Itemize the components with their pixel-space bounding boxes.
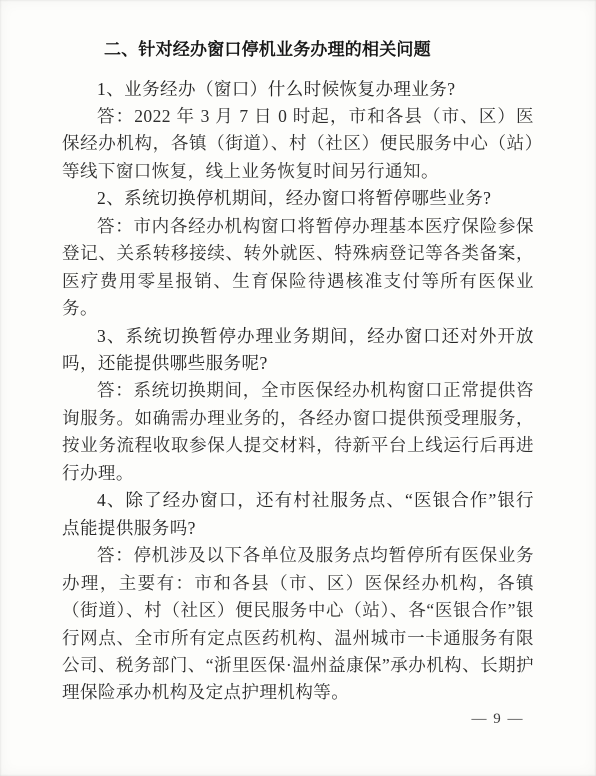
question-1: 1、业务经办（窗口）什么时候恢复办理业务? bbox=[62, 76, 534, 103]
answer-4: 答：停机涉及以下各单位及服务点均暂停所有医保业务办理，主要有：市和各县（市、区）… bbox=[62, 542, 534, 707]
document-body: 二、针对经办窗口停机业务办理的相关问题 1、业务经办（窗口）什么时候恢复办理业务… bbox=[62, 36, 534, 707]
question-3: 3、系统切换暂停办理业务期间，经办窗口还对外开放吗，还能提供哪些服务呢? bbox=[62, 323, 534, 378]
section-heading: 二、针对经办窗口停机业务办理的相关问题 bbox=[62, 36, 534, 64]
answer-2: 答：市内各经办机构窗口将暂停办理基本医疗保险参保登记、关系转移接续、转外就医、特… bbox=[62, 213, 534, 323]
question-4: 4、除了经办窗口，还有村社服务点、“医银合作”银行点能提供服务吗? bbox=[62, 487, 534, 542]
scanned-document-page: 二、针对经办窗口停机业务办理的相关问题 1、业务经办（窗口）什么时候恢复办理业务… bbox=[0, 0, 596, 776]
page-number: — 9 — bbox=[472, 711, 525, 728]
question-2: 2、系统切换停机期间，经办窗口将暂停哪些业务? bbox=[62, 185, 534, 212]
answer-1: 答：2022 年 3 月 7 日 0 时起，市和各县（市、区）医保经办机构，各镇… bbox=[62, 103, 534, 185]
qa-item-4: 4、除了经办窗口，还有村社服务点、“医银合作”银行点能提供服务吗? 答：停机涉及… bbox=[62, 487, 534, 707]
answer-3: 答：系统切换期间，全市医保经办机构窗口正常提供咨询服务。如确需办理业务的，各经办… bbox=[62, 377, 534, 487]
qa-item-3: 3、系统切换暂停办理业务期间，经办窗口还对外开放吗，还能提供哪些服务呢? 答：系… bbox=[62, 323, 534, 488]
qa-item-1: 1、业务经办（窗口）什么时候恢复办理业务? 答：2022 年 3 月 7 日 0… bbox=[62, 76, 534, 186]
qa-item-2: 2、系统切换停机期间，经办窗口将暂停哪些业务? 答：市内各经办机构窗口将暂停办理… bbox=[62, 185, 534, 322]
